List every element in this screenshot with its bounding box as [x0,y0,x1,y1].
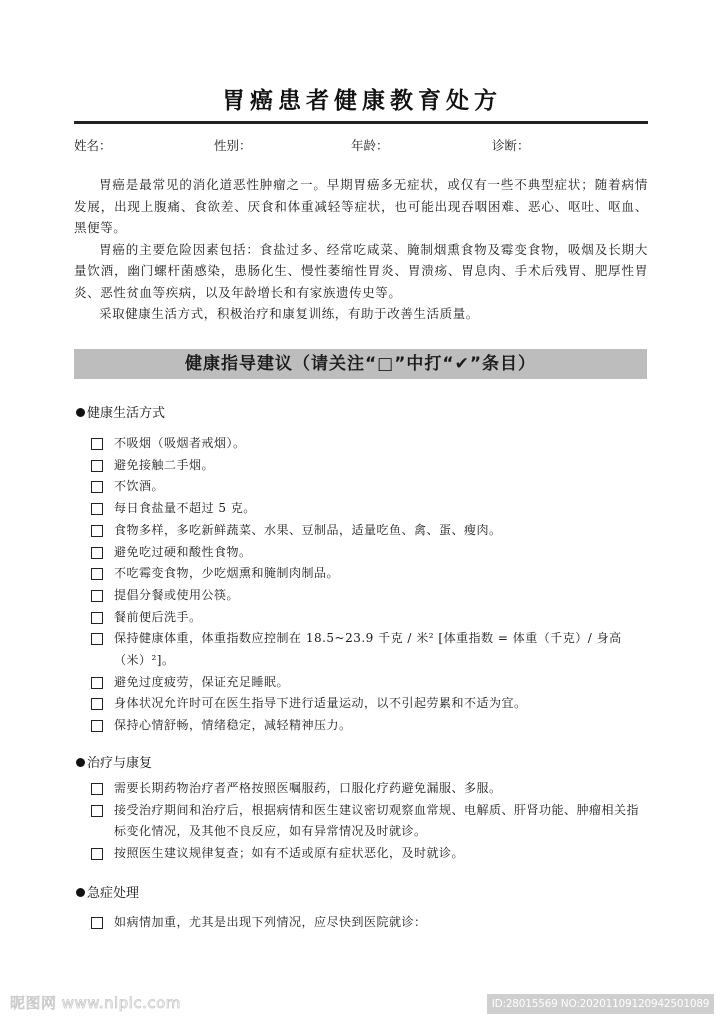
checkbox[interactable] [91,525,103,537]
checklist-item-text: 保持健康体重，体重指数应控制在 18.5~23.9 千克 / 米² [体重指数 … [114,631,622,667]
diagnosis-field-label: 诊断： [492,136,530,154]
checkbox[interactable] [91,503,103,515]
checkbox[interactable] [91,460,103,472]
checklist-item: 每日食盐量不超过 5 克。 [91,498,646,520]
checklist-item-text: 不吸烟（吸烟者戒烟）。 [114,436,246,450]
checkbox[interactable] [91,568,103,580]
section-heading-label: 健康生活方式 [87,406,165,421]
checklist-item: 不吸烟（吸烟者戒烟）。 [91,433,646,455]
checkbox[interactable] [91,698,103,710]
patient-info-row: 姓名： 性别： 年龄： 诊断： [74,136,648,154]
checkbox[interactable] [91,547,103,559]
checklist-item: 接受治疗期间和治疗后，根据病情和医生建议密切观察血常规、电解质、肝肾功能、肿瘤相… [91,800,646,843]
checklist-item-text: 如病情加重，尤其是出现下列情况，应尽快到医院就诊： [114,915,427,929]
gender-field-label: 性别： [214,136,252,154]
checklist-item: 避免吃过硬和酸性食物。 [91,542,646,564]
section-heading-emergency: 急症处理 [76,882,139,901]
checklist-item: 食物多样，多吃新鲜蔬菜、水果、豆制品，适量吃鱼、禽、蛋、瘦肉。 [91,520,646,542]
checklist-item: 保持心情舒畅，情绪稳定，减轻精神压力。 [91,715,646,737]
checklist-item: 餐前便后洗手。 [91,607,646,629]
watermark-id: ID:28015569 NO:20201109120942501089 [487,994,714,1014]
bullet-icon [76,758,85,767]
checklist-item-text: 不饮酒。 [114,479,164,493]
intro-text: 胃癌是最常见的消化道恶性肿瘤之一。早期胃癌多无症状，或仅有一些不典型症状；随着病… [74,174,648,325]
intro-paragraph: 胃癌的主要危险因素包括：食盐过多、经常吃咸菜、腌制烟熏食物及霉变食物，吸烟及长期… [74,239,648,304]
intro-paragraph: 胃癌是最常见的消化道恶性肿瘤之一。早期胃癌多无症状，或仅有一些不典型症状；随着病… [74,174,648,239]
checklist-item: 避免过度疲劳，保证充足睡眠。 [91,672,646,694]
intro-paragraph: 采取健康生活方式，积极治疗和康复训练，有助于改善生活质量。 [74,303,648,325]
name-field-label: 姓名： [74,136,112,154]
guidance-banner: 健康指导建议（请关注“□”中打“✔”条目） [74,349,647,379]
checklist-item-text: 身体状况允许时可在医生指导下进行适量运动，以不引起劳累和不适为宜。 [114,696,527,710]
checkbox[interactable] [91,612,103,624]
checklist-item: 如病情加重，尤其是出现下列情况，应尽快到医院就诊： [91,912,646,934]
checklist-item: 避免接触二手烟。 [91,455,646,477]
checklist-item-text: 每日食盐量不超过 5 克。 [114,501,256,515]
checkbox[interactable] [91,677,103,689]
checklist-item-text: 不吃霉变食物，少吃烟熏和腌制肉制品。 [114,566,339,580]
checkbox[interactable] [91,590,103,602]
checklist-item-text: 按照医生建议规律复查；如有不适或原有症状恶化，及时就诊。 [114,846,464,860]
watermark-logo: 昵图网 www.nipic.com [10,992,181,1013]
checklist-item-text: 提倡分餐或使用公筷。 [114,588,239,602]
checklist-item-text: 保持心情舒畅，情绪稳定，减轻精神压力。 [114,718,352,732]
checklist-item: 身体状况允许时可在医生指导下进行适量运动，以不引起劳累和不适为宜。 [91,693,646,715]
checklist-item-text: 避免过度疲劳，保证充足睡眠。 [114,675,289,689]
checklist-item: 按照医生建议规律复查；如有不适或原有症状恶化，及时就诊。 [91,843,646,865]
section-heading-label: 治疗与康复 [87,756,152,771]
checklist-item-text: 接受治疗期间和治疗后，根据病情和医生建议密切观察血常规、电解质、肝肾功能、肿瘤相… [114,803,639,839]
checkbox[interactable] [91,481,103,493]
checklist-item-text: 食物多样，多吃新鲜蔬菜、水果、豆制品，适量吃鱼、禽、蛋、瘦肉。 [114,523,502,537]
checklist-item-text: 餐前便后洗手。 [114,610,202,624]
checklist-item: 需要长期药物治疗者严格按照医嘱服药，口服化疗药避免漏服、多服。 [91,778,646,800]
section-heading-lifestyle: 健康生活方式 [76,402,165,421]
checklist-item: 不吃霉变食物，少吃烟熏和腌制肉制品。 [91,563,646,585]
bullet-icon [76,888,85,897]
checklist-item-text: 避免接触二手烟。 [114,458,214,472]
checklist-item: 不饮酒。 [91,476,646,498]
checkbox[interactable] [91,720,103,732]
section-heading-treatment: 治疗与康复 [76,752,152,771]
age-field-label: 年龄： [351,136,389,154]
title-divider [74,121,648,124]
checklist-item: 提倡分餐或使用公筷。 [91,585,646,607]
checklist-item-text: 避免吃过硬和酸性食物。 [114,545,252,559]
checklist-item: 保持健康体重，体重指数应控制在 18.5~23.9 千克 / 米² [体重指数 … [91,628,646,671]
bullet-icon [76,408,85,417]
checklist-item-text: 需要长期药物治疗者严格按照医嘱服药，口服化疗药避免漏服、多服。 [114,781,502,795]
checkbox[interactable] [91,438,103,450]
lifestyle-checklist: 不吸烟（吸烟者戒烟）。 避免接触二手烟。 不饮酒。 每日食盐量不超过 5 克。 … [91,433,646,737]
checkbox[interactable] [91,848,103,860]
checkbox[interactable] [91,917,103,929]
page-title: 胃癌患者健康教育处方 [0,82,724,115]
checkbox[interactable] [91,783,103,795]
emergency-checklist: 如病情加重，尤其是出现下列情况，应尽快到医院就诊： [91,912,646,934]
treatment-checklist: 需要长期药物治疗者严格按照医嘱服药，口服化疗药避免漏服、多服。 接受治疗期间和治… [91,778,646,865]
checkbox[interactable] [91,633,103,645]
checkbox[interactable] [91,805,103,817]
section-heading-label: 急症处理 [87,886,139,901]
